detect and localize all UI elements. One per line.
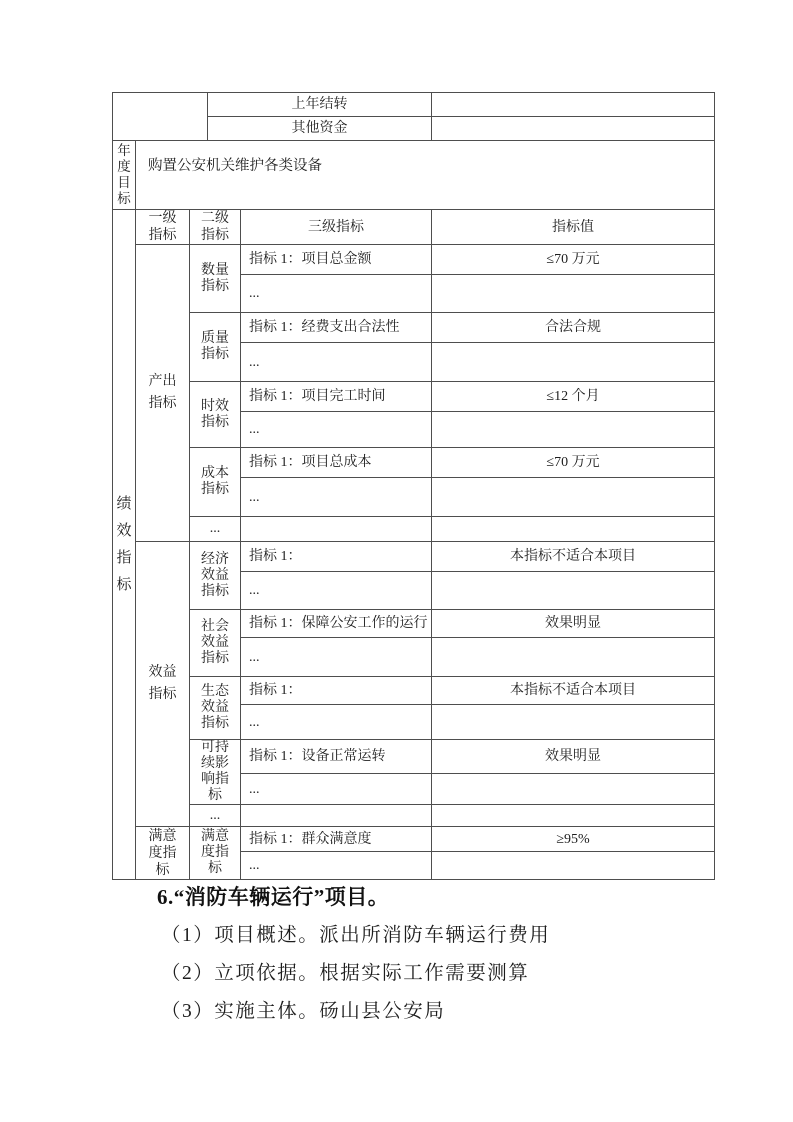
funding-source-table: 上年结转 其他资金 [112, 92, 715, 141]
funding-other-label: 其他资金 [208, 117, 432, 141]
section6-item-overview: （1）项目概述。派出所消防车辆运行费用 [161, 919, 550, 947]
level3-cell: ... [241, 705, 432, 740]
level2-sustainable: 可持 续影 响指 标 [190, 740, 241, 805]
funding-row-carryover: 上年结转 [113, 93, 715, 117]
annual-goal-table: 年 度 目 标 购置公安机关维护各类设备 [112, 140, 715, 210]
level2-ellipsis: ... [190, 517, 241, 542]
value-cell: ≥95% [432, 827, 715, 852]
value-cell: 效果明显 [432, 610, 715, 638]
perf-header-row: 绩 效 指 标 一级 指标 二级 指标 三级指标 指标值 [113, 210, 715, 245]
header-level3: 三级指标 [241, 210, 432, 245]
value-cell [432, 705, 715, 740]
level3-cell: ... [241, 275, 432, 313]
level3-cell: 指标 1：经费支出合法性 [241, 313, 432, 343]
value-cell: 效果明显 [432, 740, 715, 774]
section6-item-basis: （2）立项依据。根据实际工作需要测算 [161, 957, 529, 985]
level2-satisfaction: 满意 度指 标 [190, 827, 241, 880]
header-level1: 一级 指标 [136, 210, 190, 245]
value-cell [432, 805, 715, 827]
level2-timeliness: 时效 指标 [190, 382, 241, 448]
header-level2: 二级 指标 [190, 210, 241, 245]
level3-cell: 指标 1：保障公安工作的运行 [241, 610, 432, 638]
indicator-row: 社会 效益 指标 指标 1：保障公安工作的运行 效果明显 [113, 610, 715, 638]
value-cell: 本指标不适合本项目 [432, 542, 715, 572]
indicator-row: 质量 指标 指标 1：经费支出合法性 合法合规 [113, 313, 715, 343]
indicator-row: 产出 指标 数量 指标 指标 1：项目总金额 ≤70 万元 [113, 245, 715, 275]
performance-indicator-table: 绩 效 指 标 一级 指标 二级 指标 三级指标 指标值 产出 指标 数量 指标… [112, 209, 715, 880]
annual-goal-row: 年 度 目 标 购置公安机关维护各类设备 [113, 141, 715, 210]
value-cell [432, 412, 715, 448]
level2-cost: 成本 指标 [190, 448, 241, 517]
level3-cell: ... [241, 412, 432, 448]
value-cell: 本指标不适合本项目 [432, 677, 715, 705]
level3-cell: ... [241, 774, 432, 805]
value-cell: ≤70 万元 [432, 448, 715, 478]
perf-corner-header: 绩 效 指 标 [113, 210, 136, 880]
document-page: 上年结转 其他资金 年 度 目 标 购置公安机关维护各类设备 绩 效 指 [0, 0, 793, 1122]
value-cell [432, 638, 715, 677]
value-cell: ≤70 万元 [432, 245, 715, 275]
level2-ecological: 生态 效益 指标 [190, 677, 241, 740]
section6-item-implementer: （3）实施主体。砀山县公安局 [161, 995, 445, 1023]
level3-cell: ... [241, 638, 432, 677]
indicator-row: 可持 续影 响指 标 指标 1：设备正常运转 效果明显 [113, 740, 715, 774]
level3-cell: ... [241, 343, 432, 382]
value-cell [432, 478, 715, 517]
level3-cell: ... [241, 572, 432, 610]
indicator-row: 效益 指标 经济 效益 指标 指标 1： 本指标不适合本项目 [113, 542, 715, 572]
indicator-row: 成本 指标 指标 1：项目总成本 ≤70 万元 [113, 448, 715, 478]
value-cell [432, 275, 715, 313]
level3-cell: ... [241, 478, 432, 517]
level3-cell: 指标 1：项目总成本 [241, 448, 432, 478]
level3-cell [241, 805, 432, 827]
level3-cell: ... [241, 852, 432, 880]
budget-table: 上年结转 其他资金 年 度 目 标 购置公安机关维护各类设备 绩 效 指 [112, 92, 716, 880]
indicator-row: ... [113, 517, 715, 542]
level3-cell: 指标 1：群众满意度 [241, 827, 432, 852]
header-value: 指标值 [432, 210, 715, 245]
level3-cell: 指标 1： [241, 677, 432, 705]
level2-economic: 经济 效益 指标 [190, 542, 241, 610]
funding-carryover-label: 上年结转 [208, 93, 432, 117]
funding-other-value [432, 117, 715, 141]
level2-quality: 质量 指标 [190, 313, 241, 382]
value-cell [432, 774, 715, 805]
level3-cell [241, 517, 432, 542]
level2-social: 社会 效益 指标 [190, 610, 241, 677]
level3-cell: 指标 1：项目完工时间 [241, 382, 432, 412]
indicator-row: ... [113, 805, 715, 827]
value-cell [432, 343, 715, 382]
value-cell: 合法合规 [432, 313, 715, 343]
value-cell [432, 517, 715, 542]
section6-heading: 6.“消防车辆运行”项目。 [157, 881, 389, 911]
level2-quantity: 数量 指标 [190, 245, 241, 313]
level3-cell: 指标 1：设备正常运转 [241, 740, 432, 774]
level1-benefit: 效益 指标 [136, 542, 190, 827]
level1-satisfaction: 满意 度指 标 [136, 827, 190, 880]
level2-ellipsis: ... [190, 805, 241, 827]
funding-carryover-value [432, 93, 715, 117]
annual-goal-header: 年 度 目 标 [113, 141, 136, 210]
annual-goal-content: 购置公安机关维护各类设备 [136, 141, 715, 210]
level3-cell: 指标 1：项目总金额 [241, 245, 432, 275]
indicator-row: 时效 指标 指标 1：项目完工时间 ≤12 个月 [113, 382, 715, 412]
value-cell [432, 572, 715, 610]
funding-empty-cell [113, 93, 208, 141]
value-cell [432, 852, 715, 880]
level3-cell: 指标 1： [241, 542, 432, 572]
value-cell: ≤12 个月 [432, 382, 715, 412]
indicator-row: 满意 度指 标 满意 度指 标 指标 1：群众满意度 ≥95% [113, 827, 715, 852]
level1-output: 产出 指标 [136, 245, 190, 542]
indicator-row: 生态 效益 指标 指标 1： 本指标不适合本项目 [113, 677, 715, 705]
